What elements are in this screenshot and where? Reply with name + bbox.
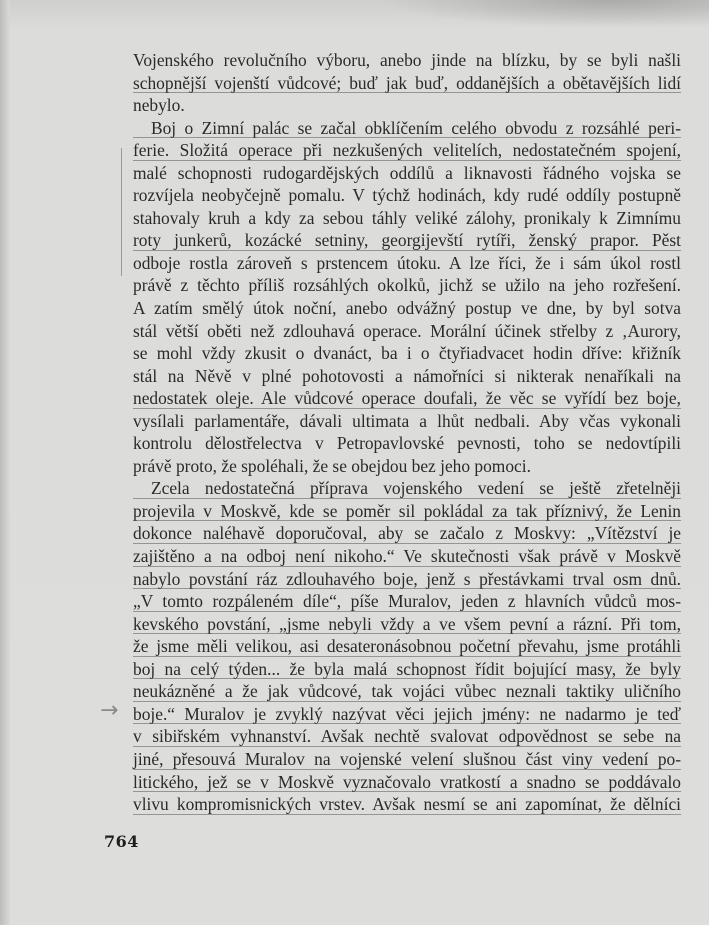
text-line: projevila v Moskvě, kde se poměr sil pok…: [133, 500, 681, 523]
text-line: „V tomto rozpáleném díle“, píše Muralov,…: [133, 590, 681, 613]
text-line: rozvíjela neobyčejně pomalu. V týchž hod…: [133, 184, 681, 207]
text-line: nedostatek oleje. Ale vůdcové operace do…: [133, 387, 681, 410]
text-line: Vojenského revolučního výboru, anebo jin…: [133, 49, 681, 72]
text-line: A zatím smělý útok noční, anebo odvážný …: [133, 297, 681, 320]
paragraph-start-line: Zcela nedostatečná příprava vojenského v…: [133, 477, 681, 500]
margin-arrow-icon: →: [100, 700, 118, 722]
text-line: roty junkerů, kozácké setniny, georgijev…: [133, 229, 681, 252]
text-line: stál na Něvě v plné pohotovosti a námořn…: [133, 365, 681, 388]
text-line: že jsme měli velikou, asi desateronásobn…: [133, 635, 681, 658]
text-line: stahovaly kruh a kdy za sebou táhly veli…: [133, 207, 681, 230]
text-line: kontrolu dělostřelectva v Petropavlovské…: [133, 432, 681, 455]
page-edge-shadow: [0, 0, 10, 925]
text-line: jiné, přesouvá Muralov na vojenské velen…: [133, 748, 681, 771]
text-line: právě z těchto příliš rozsáhlých okolků,…: [133, 274, 681, 297]
book-page: → Vojenského revolučního výboru, anebo j…: [0, 0, 709, 925]
text-line: zajištěno a na odboj není nikoho.“ Ve sk…: [133, 545, 681, 568]
page-fold-shadow: [379, 0, 709, 28]
text-line: dokonce naléhavě doporučoval, aby se zač…: [133, 522, 681, 545]
text-line: boje.“ Muralov je zvyklý nazývat věci je…: [133, 703, 681, 726]
paragraph-start-line: Boj o Zimní palác se začal obklíčením ce…: [133, 117, 681, 140]
text-line: stál větší oběti než zdlouhavá operace. …: [133, 320, 681, 343]
text-line: vysílali parlamentáře, dávali ultimata a…: [133, 410, 681, 433]
text-line: nebylo.: [133, 94, 681, 117]
text-line: nabylo povstání ráz zdlouhavého boje, je…: [133, 568, 681, 591]
text-line: vlivu kompromisnických vrstev. Avšak nes…: [133, 793, 681, 816]
text-line: malé schopnosti rudogardějských oddílů a…: [133, 162, 681, 185]
text-line: kevského povstání, „jsme nebyli vždy a v…: [133, 613, 681, 636]
body-text: Vojenského revolučního výboru, anebo jin…: [133, 49, 681, 816]
text-line: schopnější vojenští vůdcové; buď jak buď…: [133, 72, 681, 95]
page-number: 764: [104, 832, 139, 851]
text-line: právě proto, že spoléhali, že se obejdou…: [133, 455, 681, 478]
text-line: odboje rostla zároveň s prstencem útoku.…: [133, 252, 681, 275]
text-line: boj na celý týden... že byla malá schopn…: [133, 658, 681, 681]
text-line: neukázněné a že jak vůdcové, tak vojáci …: [133, 680, 681, 703]
text-line: se mohl vždy zkusit o dvanáct, ba i o čt…: [133, 342, 681, 365]
text-line: litického, jež se v Moskvě vyznačovalo v…: [133, 771, 681, 794]
margin-marking-line: [121, 148, 122, 276]
text-line: ferie. Složitá operace při nezkušených v…: [133, 139, 681, 162]
text-line: v sibiřském vyhnanství. Avšak nechtě sva…: [133, 725, 681, 748]
